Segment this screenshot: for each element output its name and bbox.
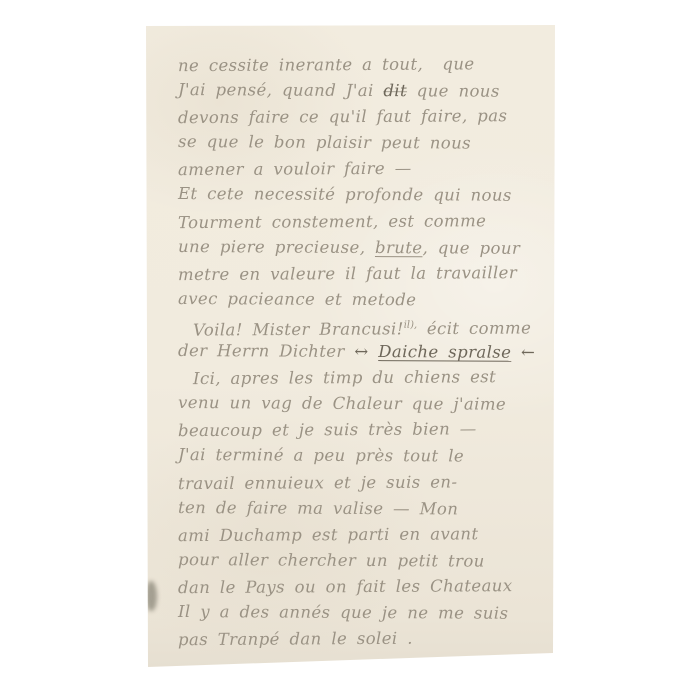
- handwriting-segment: Voila! Mister Brancusi!: [193, 319, 404, 339]
- handwriting-segment: se que le bon plaisir peut nous: [178, 132, 471, 153]
- handwriting-line: travail ennuieux et je suis en-: [178, 468, 556, 496]
- handwriting-segment: , que pour: [422, 238, 520, 258]
- handwriting-segment: ↔: [354, 342, 378, 361]
- handwriting-segment: brute: [375, 238, 423, 257]
- handwriting-line: Tourment constement, est comme: [178, 207, 556, 235]
- handwriting-line: devons faire ce qu'il faut faire, pas: [178, 103, 556, 131]
- handwriting-segment: devons faire ce qu'il faut faire, pas: [178, 106, 507, 127]
- handwriting-line: se que le bon plaisir peut nous: [178, 129, 556, 157]
- handwriting-segment: une piere precieuse,: [178, 237, 375, 257]
- handwriting-line: der Herrn Dichter ↔ Daiche spralse ←: [178, 338, 556, 366]
- handwriting-line: J'ai pensé, quand J'ai dit que nous: [178, 77, 556, 105]
- handwriting-segment: amener a vouloir faire —: [178, 159, 412, 179]
- handwriting-segment: pas Tranpé dan le solei .: [178, 629, 413, 649]
- handwriting-segment: metre en valeure il faut la travailler: [178, 263, 517, 284]
- handwriting-segment: pour aller chercher un petit trou: [178, 550, 485, 571]
- handwriting-line: ne cessite inerante a tout, que: [178, 51, 556, 79]
- handwriting-line: venu un vag de Chaleur que j'aime: [178, 390, 556, 418]
- handwriting-line: avec pacieance et metode: [178, 286, 556, 314]
- ink-smudge: [146, 581, 157, 611]
- handwriting-segment: beaucoup et je suis très bien —: [178, 420, 477, 441]
- handwriting-segment: venu un vag de Chaleur que j'aime: [178, 393, 506, 414]
- handwriting-line: metre en valeure il faut la travailler: [178, 260, 556, 288]
- handwriting-segment: écit comme: [417, 318, 531, 338]
- handwriting-segment: il),: [404, 320, 418, 331]
- handwriting-line: Ici, apres les timp du chiens est: [178, 364, 556, 392]
- handwriting: ne cessite inerante a tout, queJ'ai pens…: [178, 52, 556, 652]
- handwriting-segment: travail ennuieux et je suis en-: [178, 472, 458, 493]
- handwriting-segment: dit: [383, 81, 407, 100]
- handwriting-segment: Il y a des annés que je ne me suis: [178, 602, 508, 623]
- handwriting-segment: J'ai pensé, quand J'ai: [178, 80, 383, 100]
- handwriting-segment: Tourment constement, est comme: [178, 211, 486, 232]
- handwriting-segment: ne cessite inerante a tout, que: [178, 54, 475, 75]
- handwriting-segment: ←: [511, 343, 535, 362]
- handwriting-segment: Daiche spralse: [378, 342, 511, 362]
- handwriting-line: Voila! Mister Brancusi!il), écit comme: [178, 312, 556, 340]
- handwriting-segment: Ici, apres les timp du chiens est: [193, 367, 496, 388]
- handwriting-line: ami Duchamp est parti en avant: [178, 521, 556, 549]
- handwriting-line: dan le Pays ou on fait les Chateaux: [178, 573, 556, 601]
- handwriting-segment: que nous: [407, 81, 500, 100]
- handwriting-line: pour aller chercher un petit trou: [178, 547, 556, 575]
- handwriting-line: Il y a des annés que je ne me suis: [178, 599, 556, 627]
- handwriting-line: beaucoup et je suis très bien —: [178, 416, 556, 444]
- handwriting-line: une piere precieuse, brute, que pour: [178, 234, 556, 262]
- handwriting-line: pas Tranpé dan le solei .: [178, 625, 556, 653]
- handwriting-segment: ten de faire ma valise — Mon: [178, 498, 458, 518]
- letter-paper: ne cessite inerante a tout, queJ'ai pens…: [146, 25, 556, 668]
- handwriting-segment: J'ai terminé a peu près tout le: [178, 445, 464, 465]
- handwriting-line: amener a vouloir faire —: [178, 155, 556, 183]
- handwriting-segment: dan le Pays ou on fait les Chateaux: [178, 576, 513, 597]
- handwriting-line: ten de faire ma valise — Mon: [178, 495, 556, 523]
- handwriting-line: J'ai terminé a peu près tout le: [178, 442, 556, 470]
- handwriting-segment: ami Duchamp est parti en avant: [178, 524, 479, 545]
- page-background: ne cessite inerante a tout, queJ'ai pens…: [0, 0, 700, 700]
- handwriting-segment: der Herrn Dichter: [178, 341, 354, 361]
- handwriting-segment: avec pacieance et metode: [178, 289, 416, 309]
- handwriting-line: Et cete necessité profonde qui nous: [178, 181, 556, 209]
- handwriting-segment: Et cete necessité profonde qui nous: [178, 184, 512, 205]
